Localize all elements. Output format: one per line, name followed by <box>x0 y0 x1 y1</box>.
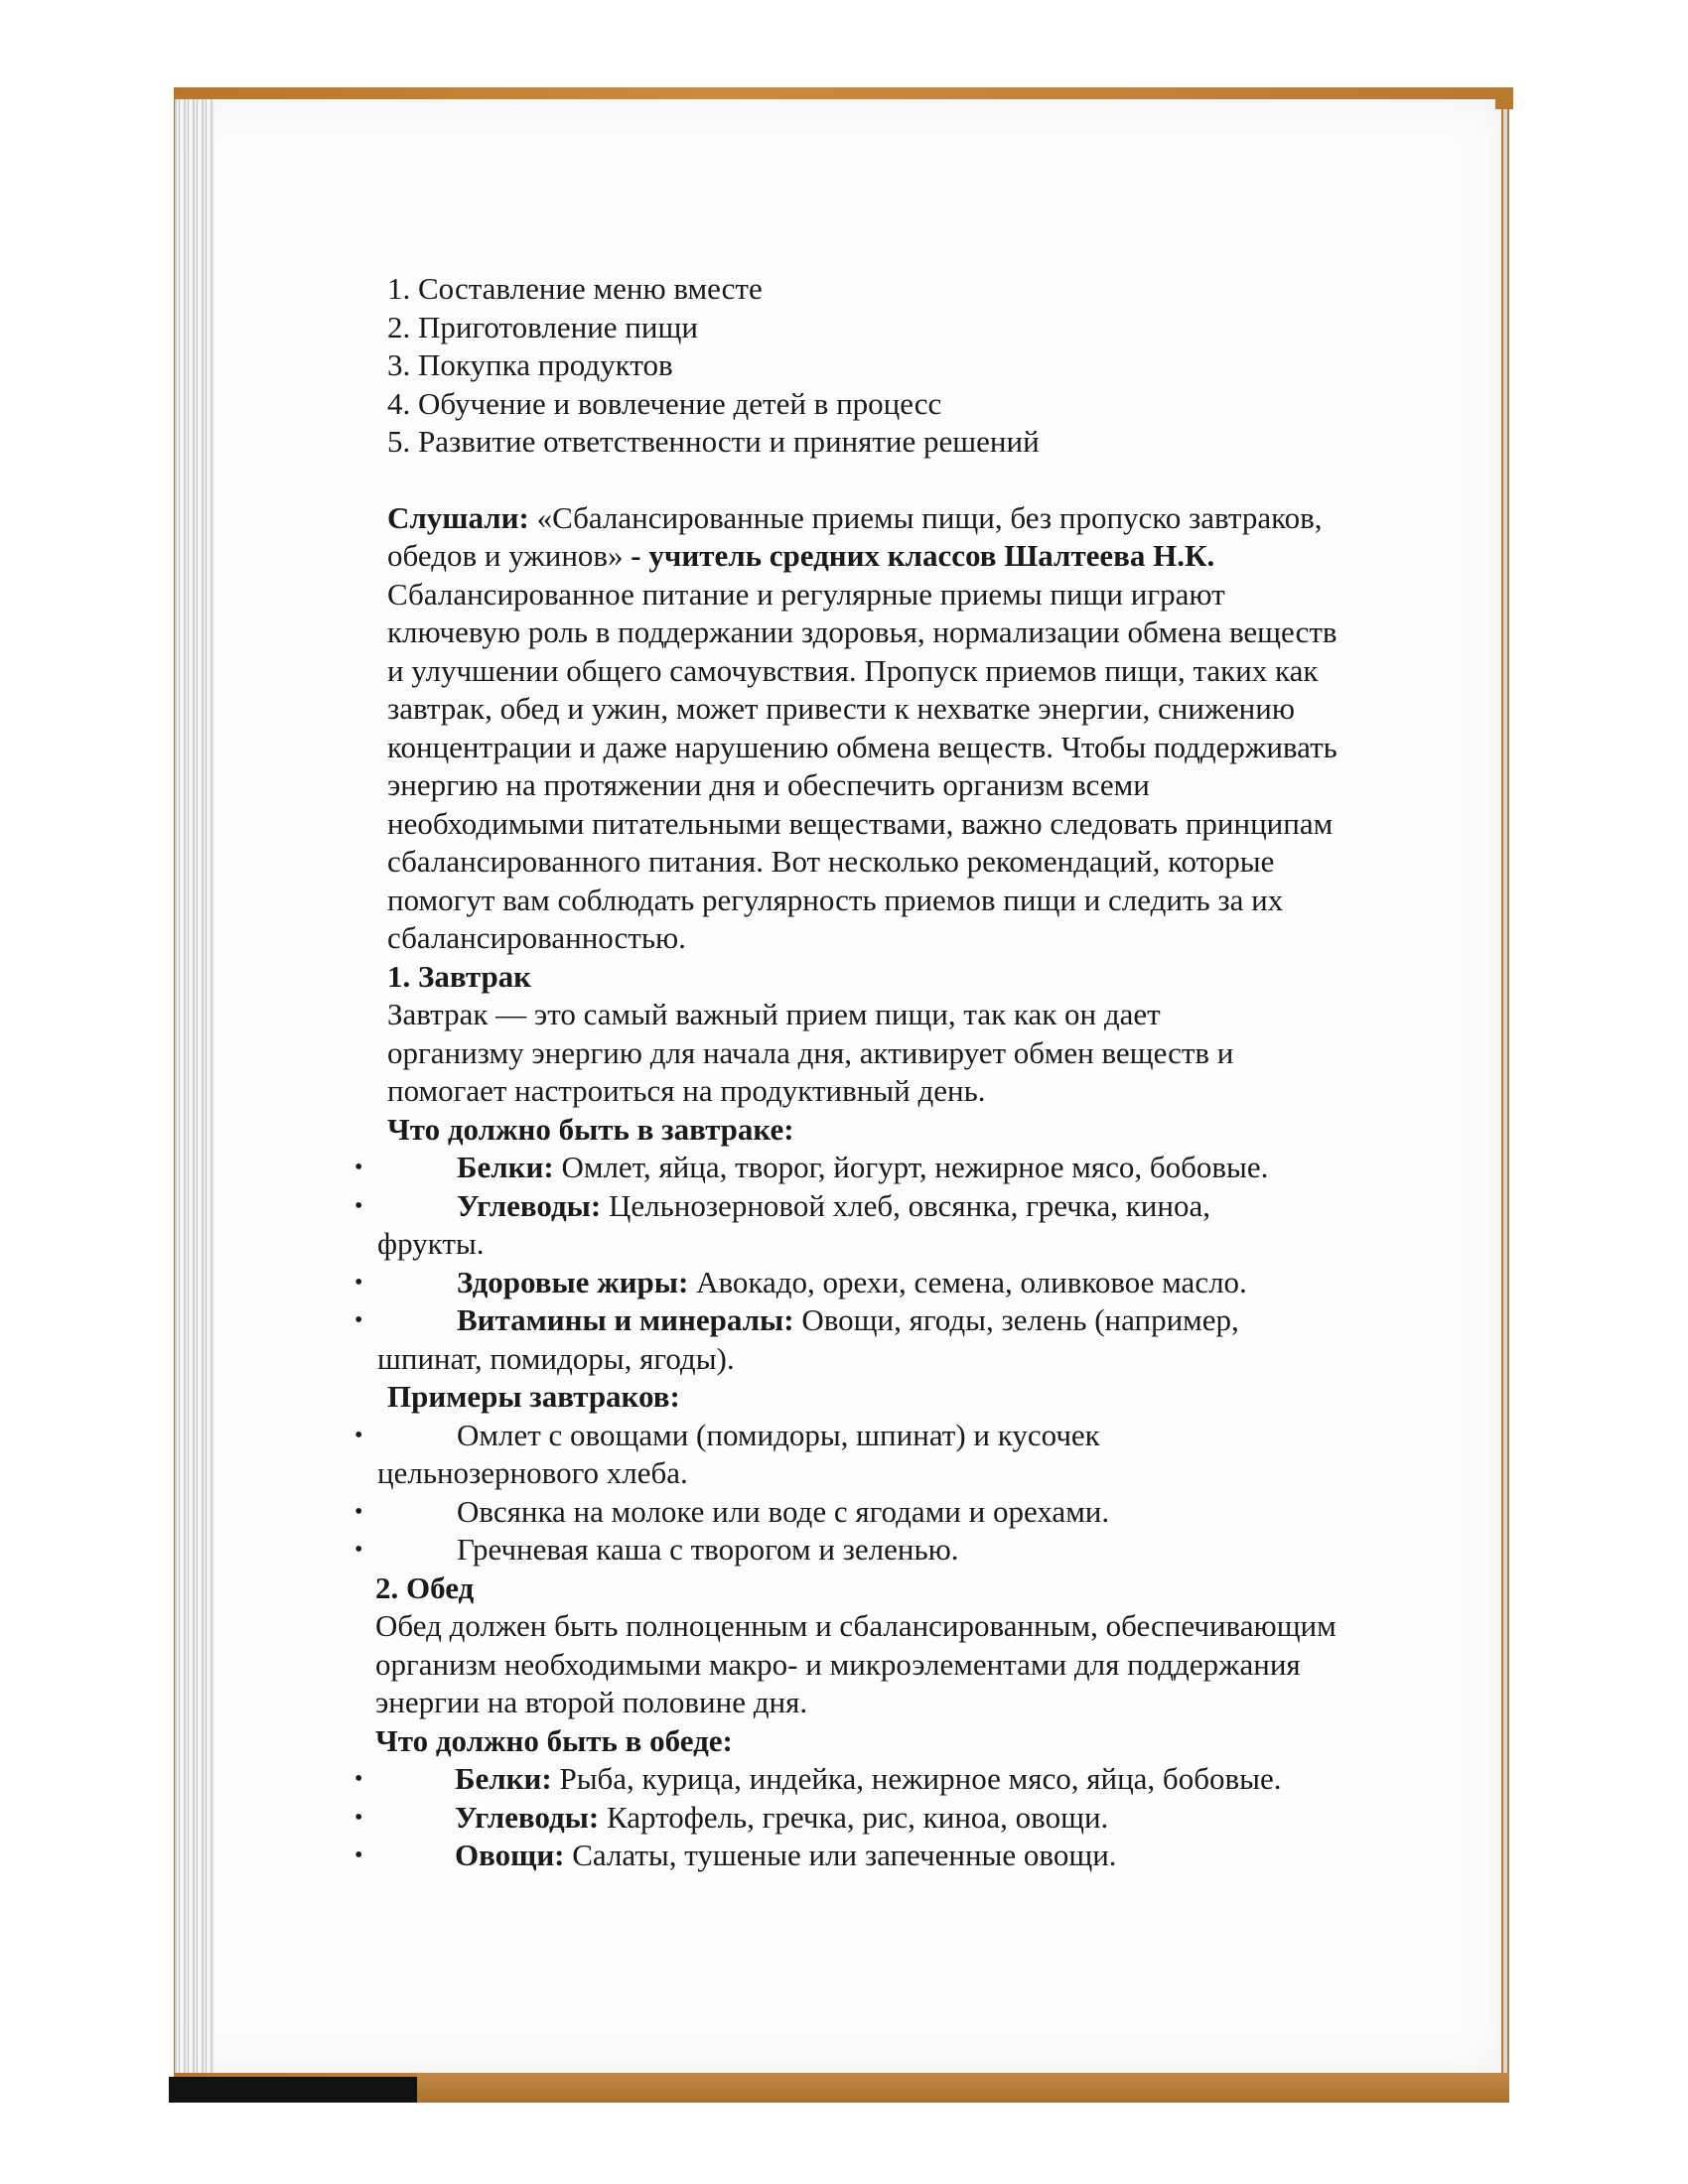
bullet-icon: • <box>354 1417 362 1455</box>
bullet-item: • Овсянка на молоке или воде с ягодами и… <box>387 1493 1380 1532</box>
bullet-item: • Здоровые жиры: Авокадо, орехи, семена,… <box>387 1264 1380 1302</box>
bullet-item: • Углеводы: Картофель, гречка, рис, кино… <box>375 1799 1380 1838</box>
bullet-item: • Гречневая каша с творогом и зеленью. <box>387 1531 1380 1570</box>
lunch-section: 2. Обед Обед должен быть полноценным и с… <box>375 1570 1380 1875</box>
bullet-icon: • <box>354 1760 362 1799</box>
wooden-table-edge <box>417 2073 1509 2103</box>
bullet-item: • Углеводы: Цельнозерновой хлеб, овсянка… <box>387 1187 1261 1264</box>
bullet-item: • Овощи: Салаты, тушеные или запеченные … <box>375 1837 1380 1875</box>
bullet-icon: • <box>354 1301 362 1340</box>
lunch-contents-heading: Что должно быть в обеде: <box>375 1722 1380 1761</box>
bullet-icon: • <box>354 1264 362 1302</box>
bullet-icon: • <box>354 1837 362 1875</box>
heard-speaker: - учитель средних классов Шалтеева Н.К. <box>631 538 1214 573</box>
heard-paragraph: Слушали: «Сбалансированные приемы пищи, … <box>387 499 1370 576</box>
bullet-icon: • <box>354 1187 362 1226</box>
numbered-list: 1. Составление меню вместе 2. Приготовле… <box>387 270 1380 462</box>
list-item: 3. Покупка продуктов <box>387 346 1380 385</box>
breakfast-contents-list: • Белки: Омлет, яйца, творог, йогурт, не… <box>387 1149 1380 1378</box>
page-binding-edge <box>175 99 214 2073</box>
bullet-item: • Омлет с овощами (помидоры, шпинат) и к… <box>387 1417 1162 1493</box>
list-item: 5. Развитие ответственности и принятие р… <box>387 423 1380 462</box>
bullet-icon: • <box>354 1531 362 1570</box>
bullet-item: • Витамины и минералы: Овощи, ягоды, зел… <box>387 1301 1281 1378</box>
lunch-text: Обед должен быть полноценным и сбалансир… <box>375 1607 1358 1722</box>
bullet-item: • Белки: Рыба, курица, индейка, нежирное… <box>375 1760 1380 1799</box>
list-item: 1. Составление меню вместе <box>387 270 1380 309</box>
bullet-icon: • <box>354 1493 362 1532</box>
breakfast-text: Завтрак — это самый важный прием пищи, т… <box>387 996 1261 1111</box>
breakfast-examples-list: • Омлет с овощами (помидоры, шпинат) и к… <box>387 1417 1380 1570</box>
breakfast-contents-heading: Что должно быть в завтраке: <box>387 1111 1380 1150</box>
bullet-icon: • <box>354 1149 362 1187</box>
page-right-edge <box>1503 99 1507 2073</box>
breakfast-examples-heading: Примеры завтраков: <box>387 1378 1380 1417</box>
bullet-icon: • <box>354 1799 362 1838</box>
list-item: 2. Приготовление пищи <box>387 309 1380 347</box>
list-item: 4. Обучение и вовлечение детей в процесс <box>387 385 1380 424</box>
breakfast-heading: 1. Завтрак <box>387 958 1380 997</box>
intro-paragraph: Сбалансированное питание и регулярные пр… <box>387 576 1340 958</box>
heard-label: Слушали: <box>387 500 529 535</box>
lunch-heading: 2. Обед <box>375 1570 1380 1608</box>
document-content: 1. Составление меню вместе 2. Приготовле… <box>387 270 1380 1875</box>
bullet-item: • Белки: Омлет, яйца, творог, йогурт, не… <box>387 1149 1380 1187</box>
dark-surface-edge <box>169 2077 427 2103</box>
table-corner <box>1495 87 1513 109</box>
